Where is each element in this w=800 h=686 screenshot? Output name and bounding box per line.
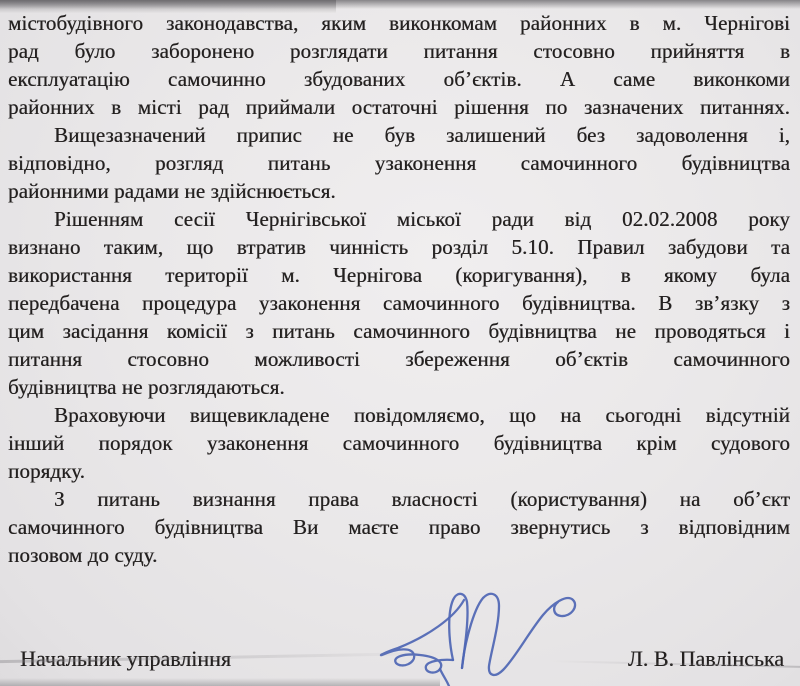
text-line: будівництва не розглядаються.: [8, 373, 790, 401]
scanned-letter-page: містобудівного законодавства, яким викон…: [0, 0, 800, 686]
text-line: передбачена процедура узаконення самочин…: [8, 289, 790, 317]
paragraph-3: Рішенням сесії Чернігівської міської рад…: [8, 205, 790, 401]
text-line: районними радами не здійснюється.: [8, 177, 790, 205]
paragraph-4: Враховуючи вищевикладене повідомляємо, щ…: [8, 401, 790, 485]
signer-name: Л. В. Павлінська: [628, 646, 784, 672]
signer-position: Начальник управління: [20, 646, 231, 672]
text-line: інший порядок узаконення самочинного буд…: [8, 429, 790, 457]
signature-block: Начальник управління Л. В. Павлінська: [0, 646, 800, 672]
text-line: відповідно, розгляд питань узаконення са…: [8, 149, 790, 177]
text-line: З питань визнання права власності (корис…: [8, 485, 790, 513]
text-line: самочинного будівництва Ви маєте право з…: [8, 513, 790, 541]
text-line: Рішенням сесії Чернігівської міської рад…: [8, 205, 790, 233]
paragraph-5: З питань визнання права власності (корис…: [8, 485, 790, 569]
text-line: містобудівного законодавства, яким викон…: [8, 9, 790, 37]
text-line: питання стосовно можливості збереження о…: [8, 345, 790, 373]
text-line: визнано таким, що втратив чинність розді…: [8, 233, 790, 261]
text-line: цим засідання комісії з питань самочинно…: [8, 317, 790, 345]
text-line: порядку.: [8, 457, 790, 485]
text-line: районних в місті рад приймали остаточні …: [8, 93, 790, 121]
paragraph-1: містобудівного законодавства, яким викон…: [8, 9, 790, 121]
text-line: Враховуючи вищевикладене повідомляємо, щ…: [8, 401, 790, 429]
text-line: позовом до суду.: [8, 541, 790, 569]
text-line: використання території м. Чернігова (кор…: [8, 261, 790, 289]
paragraph-2: Вищезазначений припис не був залишений б…: [8, 121, 790, 205]
text-line: рад було заборонено розглядати питання с…: [8, 37, 790, 65]
text-line: експлуатацію самочинно збудованих об’єкт…: [8, 65, 790, 93]
text-line: Вищезазначений припис не був залишений б…: [8, 121, 790, 149]
letter-body: містобудівного законодавства, яким викон…: [0, 0, 800, 569]
